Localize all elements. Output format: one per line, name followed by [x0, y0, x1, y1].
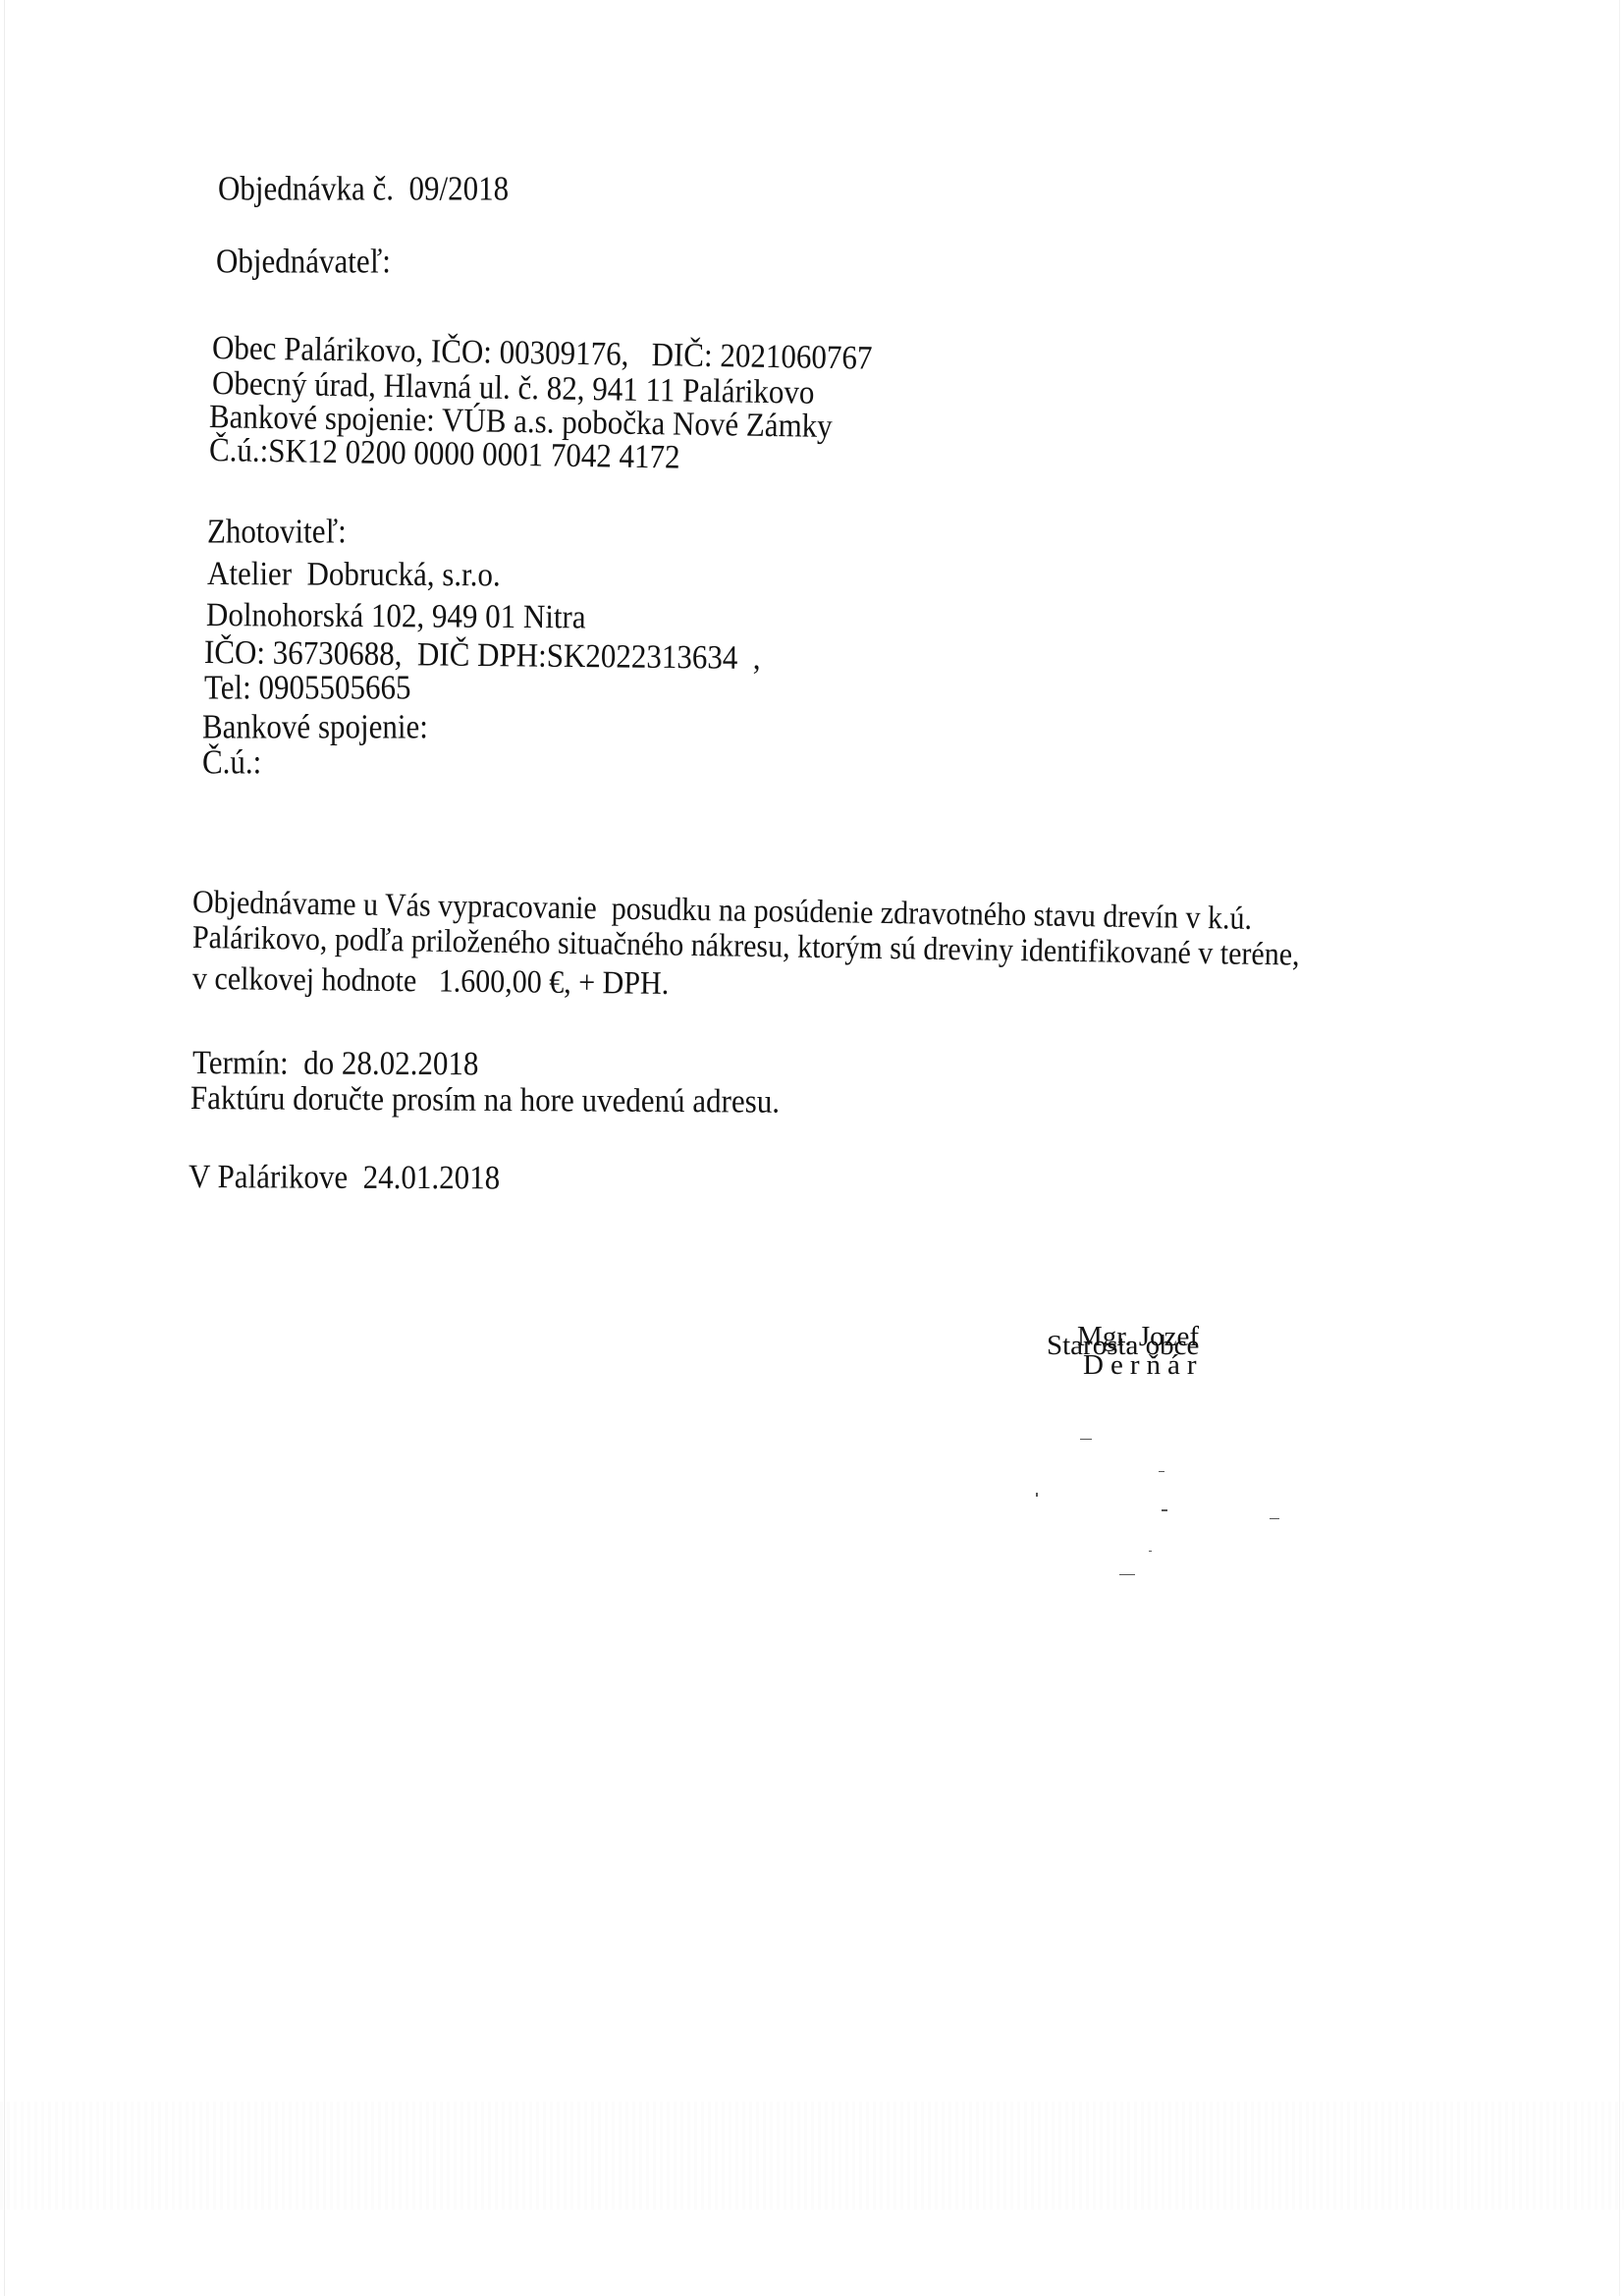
invoice-note: Faktúru doručte prosím na hore uvedenú a… — [190, 1080, 780, 1118]
contractor-heading: Zhotoviteľ: — [207, 514, 347, 548]
contractor-line: Bankové spojenie: — [202, 709, 428, 743]
signatory-role: Starosta obce — [1047, 1332, 1199, 1360]
contractor-bank-account: Č.ú.: — [202, 744, 261, 779]
document-page: Objednávka č. 09/2018 Objednávateľ: Obec… — [0, 0, 1624, 2296]
contractor-line: Tel: 0905505665 — [204, 670, 411, 704]
scan-edge — [4, 0, 5, 2296]
scan-speck — [1036, 1493, 1038, 1497]
body-line: v celkovej hodnote 1.600,00 €, + DPH. — [192, 963, 670, 1001]
scan-speck — [1159, 1471, 1164, 1472]
deadline: Termín: do 28.02.2018 — [192, 1045, 479, 1079]
contractor-line: Dolnohorská 102, 949 01 Nitra — [206, 597, 586, 632]
scan-speck — [1149, 1551, 1152, 1552]
place-date: V Palárikove 24.01.2018 — [189, 1159, 500, 1193]
scan-speck — [1080, 1439, 1092, 1440]
scan-speck — [1270, 1518, 1279, 1519]
scan-speck — [1162, 1509, 1167, 1511]
orderer-heading: Objednávateľ: — [216, 244, 391, 278]
scan-noise-band — [0, 2102, 1624, 2210]
orderer-bank-account: Č.ú.:SK12 0200 0000 0001 7042 4172 — [209, 432, 680, 473]
order-title: Objednávka č. 09/2018 — [218, 171, 509, 205]
scan-edge — [1619, 0, 1620, 2296]
scan-speck — [1119, 1574, 1135, 1575]
contractor-line: Atelier Dobrucká, s.r.o. — [207, 556, 501, 590]
